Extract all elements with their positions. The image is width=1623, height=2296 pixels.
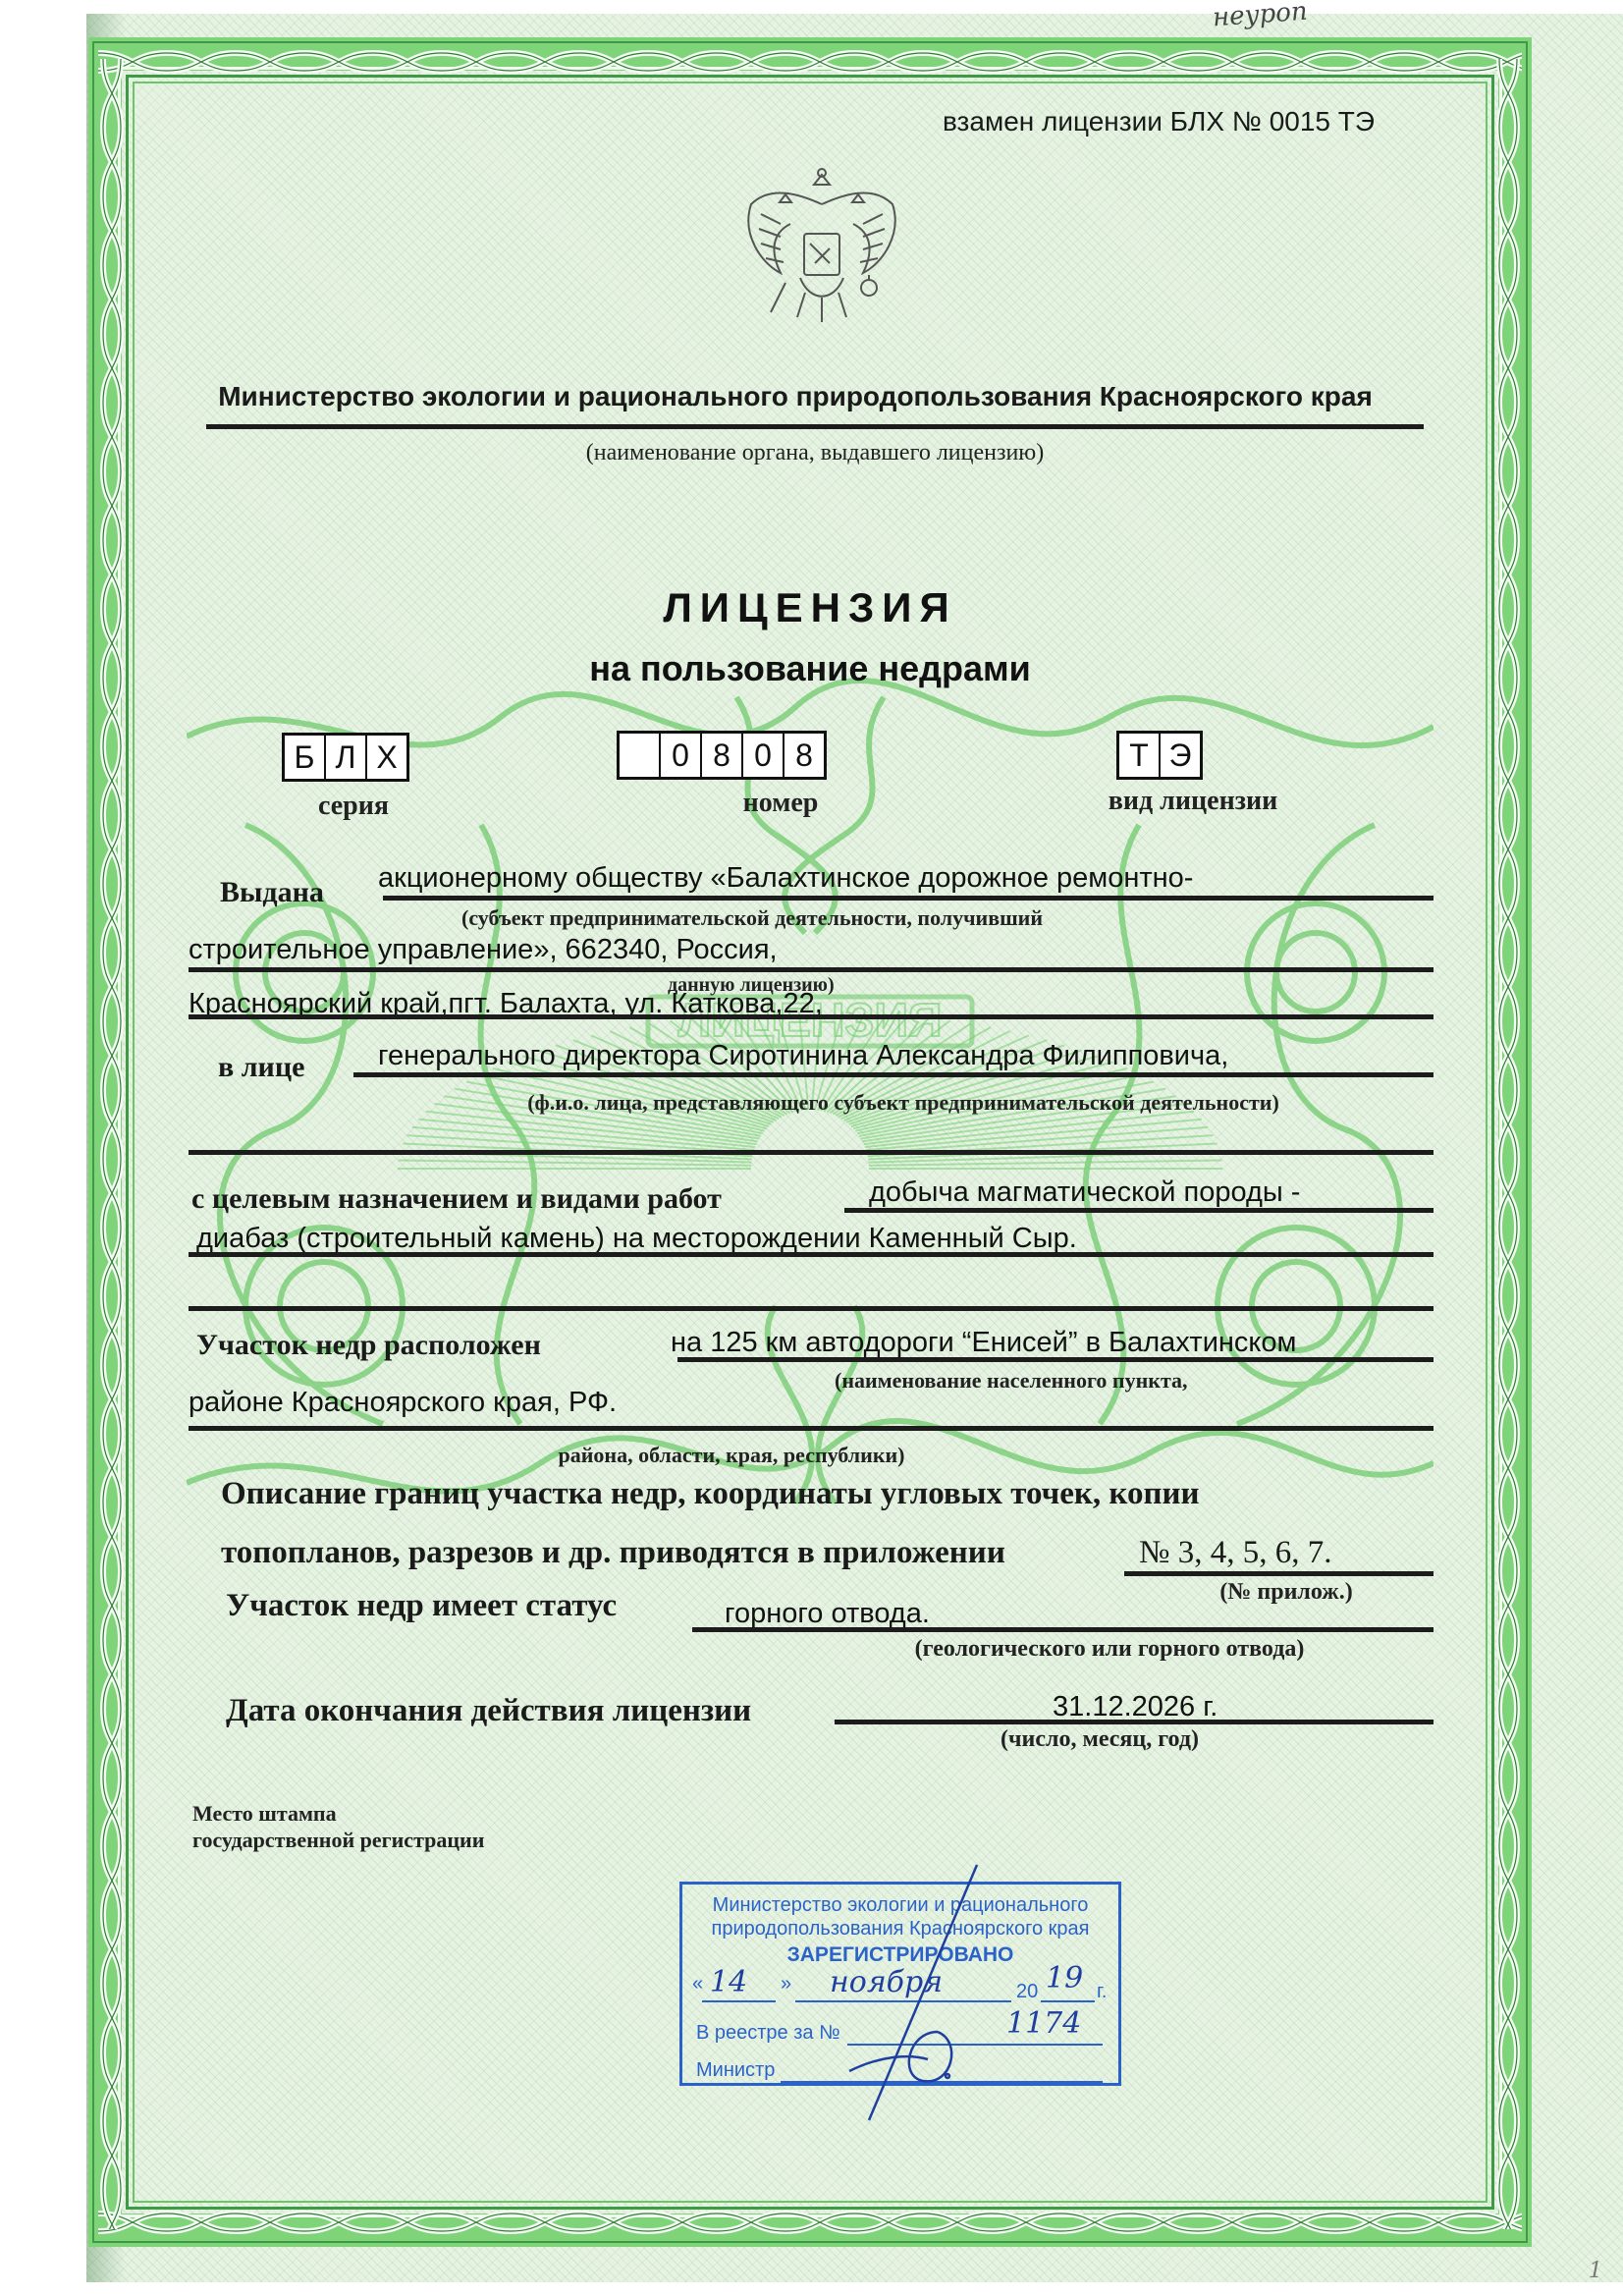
expiry-label: Дата окончания действия лицензии (226, 1693, 751, 1729)
stamp-registry-label: В реестре за № (696, 2022, 840, 2045)
location-line-1: на 125 км автодороги “Енисей” в Балахтин… (671, 1327, 1297, 1359)
braid-border-left (99, 59, 125, 2229)
coat-of-arms-icon (731, 165, 913, 332)
location-underline-2 (189, 1426, 1434, 1431)
number-cell (620, 734, 661, 777)
stamp-year-unit: г. (1097, 1981, 1107, 2003)
number-cell: 8 (784, 734, 824, 777)
represented-by-underline (353, 1072, 1434, 1077)
number-cell: 0 (743, 734, 784, 777)
stamp-day-underline (702, 2000, 776, 2002)
type-cell: Э (1161, 734, 1200, 777)
stamp-place-line-2: государственной регистрации (192, 1828, 484, 1853)
issued-to-underline-1 (383, 896, 1434, 901)
stamp-year-underline (1041, 2000, 1095, 2002)
boundaries-text-2: топопланов, разрезов и др. приводятся в … (221, 1535, 1005, 1571)
purpose-line-1: добыча магматической породы - (869, 1176, 1300, 1209)
stamp-year-suffix: 19 (1046, 1961, 1083, 1995)
expiry-caption: (число, месяц, год) (982, 1726, 1217, 1753)
stamp-place-line-1: Место штампа (192, 1801, 337, 1827)
number-cells: 0808 (617, 731, 827, 780)
type-cells: ТЭ (1116, 731, 1203, 780)
represented-by-caption: (ф.и.о. лица, представляющего субъект пр… (437, 1090, 1370, 1116)
page-number: 1 (1589, 2259, 1602, 2283)
represented-by-label: в лице (218, 1051, 304, 1084)
location-line-2: районе Красноярского края, РФ. (189, 1387, 617, 1419)
replaces-license-note: взамен лицензии БЛХ № 0015 ТЭ (943, 106, 1375, 137)
type-label: вид лицензии (1075, 786, 1311, 817)
number-cell: 8 (702, 734, 743, 777)
document-title: ЛИЦЕНЗИЯ (550, 584, 1070, 631)
stamp-minister-label: Министр (696, 2059, 775, 2082)
purpose-underline-2 (189, 1252, 1434, 1257)
status-value: горного отвода. (725, 1598, 930, 1630)
braid-border-top (98, 49, 1522, 75)
boundaries-underline (1124, 1571, 1434, 1576)
location-underline-1 (677, 1357, 1434, 1362)
issuing-authority: Министерство экологии и рационального пр… (157, 381, 1434, 412)
series-label: серия (304, 791, 403, 822)
issued-to-line-1: акционерному обществу «Балахтинское доро… (378, 862, 1193, 895)
series-cell: Х (367, 736, 406, 779)
authority-caption: (наименование органа, выдавшего лицензию… (373, 440, 1257, 466)
status-underline (692, 1627, 1434, 1632)
braid-border-right (1495, 59, 1521, 2229)
status-caption: (геологического или горного отвода) (884, 1636, 1335, 1663)
location-label: Участок недр расположен (196, 1329, 541, 1362)
issued-to-underline-3 (189, 1014, 1434, 1019)
series-cell: Л (326, 736, 367, 779)
blank-underline (189, 1150, 1434, 1155)
series-cell: Б (285, 736, 326, 779)
status-label: Участок недр имеет статус (226, 1588, 617, 1624)
series-cells: БЛХ (282, 733, 409, 782)
document-subtitle: на пользование недрами (452, 648, 1168, 689)
boundaries-caption: (№ прилож.) (1208, 1579, 1365, 1606)
purpose-line-2: диабаз (строительный камень) на месторож… (196, 1223, 1077, 1255)
braid-border-bottom (98, 2210, 1522, 2235)
signature-icon (830, 1865, 1026, 2120)
number-cell: 0 (661, 734, 702, 777)
boundaries-value: № 3, 4, 5, 6, 7. (1139, 1535, 1332, 1571)
issued-to-caption-1: (субъект предпринимательской деятельност… (461, 905, 1208, 931)
issued-to-label: Выдана (220, 876, 324, 909)
issued-to-line-2: строительное управление», 662340, Россия… (189, 934, 778, 966)
purpose-label: с целевым назначением и видами работ (191, 1182, 722, 1216)
issued-to-underline-2 (189, 967, 1434, 972)
purpose-underline-1 (844, 1208, 1434, 1213)
registration-stamp: Министерство экологии и рационального пр… (679, 1882, 1121, 2086)
authority-underline (206, 424, 1424, 429)
location-caption-2: района, области, края, республики) (535, 1443, 928, 1468)
represented-by-value: генерального директора Сиротинина Алекса… (378, 1040, 1228, 1072)
boundaries-text-1: Описание границ участка недр, координаты… (221, 1476, 1200, 1512)
expiry-underline (835, 1720, 1434, 1724)
purpose-underline-3 (189, 1306, 1434, 1311)
number-label: номер (722, 788, 839, 819)
location-caption-1: (наименование населенного пункта, (835, 1368, 1276, 1394)
stamp-day: 14 (710, 1965, 747, 1999)
type-cell: Т (1119, 734, 1161, 777)
